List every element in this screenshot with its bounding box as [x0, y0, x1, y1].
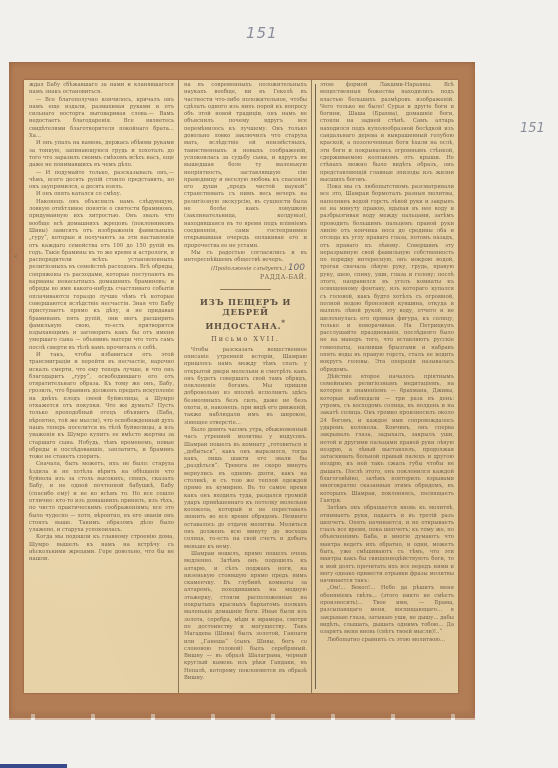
- column-1-paragraph: И онъ упалъ на камень, держась обѣими ру…: [29, 140, 174, 169]
- divider-rule: [220, 289, 272, 290]
- newspaper-clipping: ждал Бабу сбѣжавшаго за нами и кланявшаг…: [24, 80, 458, 693]
- column-2-paragraph: Чтобы разсказать вещественное описаніе у…: [184, 347, 307, 427]
- column-1-paragraph: И такъ, чтобы избавиться отъ этой трансм…: [29, 352, 174, 461]
- column-3-paragraph: Дѣйствіе второе началось пріятнымъ семей…: [320, 374, 454, 505]
- scan-edge: [0, 764, 558, 768]
- torn-edge: [9, 714, 475, 720]
- column-2-paragraph: на въ современныхъ положительныхъ науках…: [184, 82, 307, 250]
- handwritten-page-number-side: 151: [520, 121, 545, 136]
- column-1-paragraph: — Все благополучно кончилось, кричалъ он…: [29, 97, 174, 141]
- column-1-paragraph: ждал Бабу сбѣжавшаго за нами и кланявшаг…: [29, 82, 174, 97]
- column-1-paragraph: Сначала, быть можетъ, ихъ не было: стару…: [29, 461, 174, 534]
- column-2-paragraph: Мы съ радостью согласились и въ интересн…: [184, 250, 307, 265]
- column-1-paragraph: Наконецъ онъ объяснилъ намъ слѣдующую, л…: [29, 199, 174, 352]
- column-1-paragraph: Когда мы подошли къ главному строенію до…: [29, 534, 174, 563]
- column-1-paragraph: И онъ опять катался со смѣху.: [29, 191, 174, 198]
- handwritten-page-number-top: 151: [246, 24, 278, 42]
- article-title-text: ИЗЪ ПЕЩЕРЪ И ДЕБРЕЙ ИНДОСТАНА.: [200, 298, 291, 332]
- column-3-paragraph: Затѣмъ онъ обращается вновь къ молитвѣ, …: [320, 505, 454, 585]
- column-2: на въ современныхъ положительныхъ науках…: [179, 80, 312, 693]
- column-1: ждал Бабу сбѣжавшаго за нами и кланявшаг…: [24, 80, 179, 693]
- column-1-paragraph: — И подумайте только, разсказывалъ онъ,—…: [29, 170, 174, 192]
- column-3: этою формой Лакшми-Нараяны. Всѣ веществе…: [312, 80, 458, 693]
- letter-number: Письмо XVII.: [184, 336, 307, 343]
- column-2-paragraph: Было девять часовъ утра, обыкновенный ча…: [184, 427, 307, 551]
- margin-mark: ‹: [14, 252, 18, 262]
- signature-block: (Продолженіе слѣдуетъ.) 100 РАДДА-БАЙ.: [184, 265, 307, 282]
- title-footnote-mark: *: [281, 318, 285, 327]
- column-3-paragraph: этою формой Лакшми-Нараяны. Всѣ веществе…: [320, 82, 454, 184]
- author-name: РАДДА-БАЙ.: [260, 274, 307, 281]
- column-3-paragraph: „Ом!... Векол!... Небо да рѣшитъ меня об…: [320, 585, 454, 636]
- column-3-paragraph: Пока мы съ любопытствомъ разсматривали в…: [320, 184, 454, 374]
- continued-note: (Продолженіе слѣдуетъ.): [211, 266, 286, 272]
- column-2-paragraph: Шамраи вошелъ, прямо пошелъ очень медлен…: [184, 551, 307, 682]
- handwritten-column-number: 100: [288, 263, 305, 273]
- column-3-paragraph: Любопытно сравнить съ этою молитвою...: [320, 637, 454, 644]
- article-title: ИЗЪ ПЕЩЕРЪ И ДЕБРЕЙ ИНДОСТАНА.*: [184, 299, 307, 332]
